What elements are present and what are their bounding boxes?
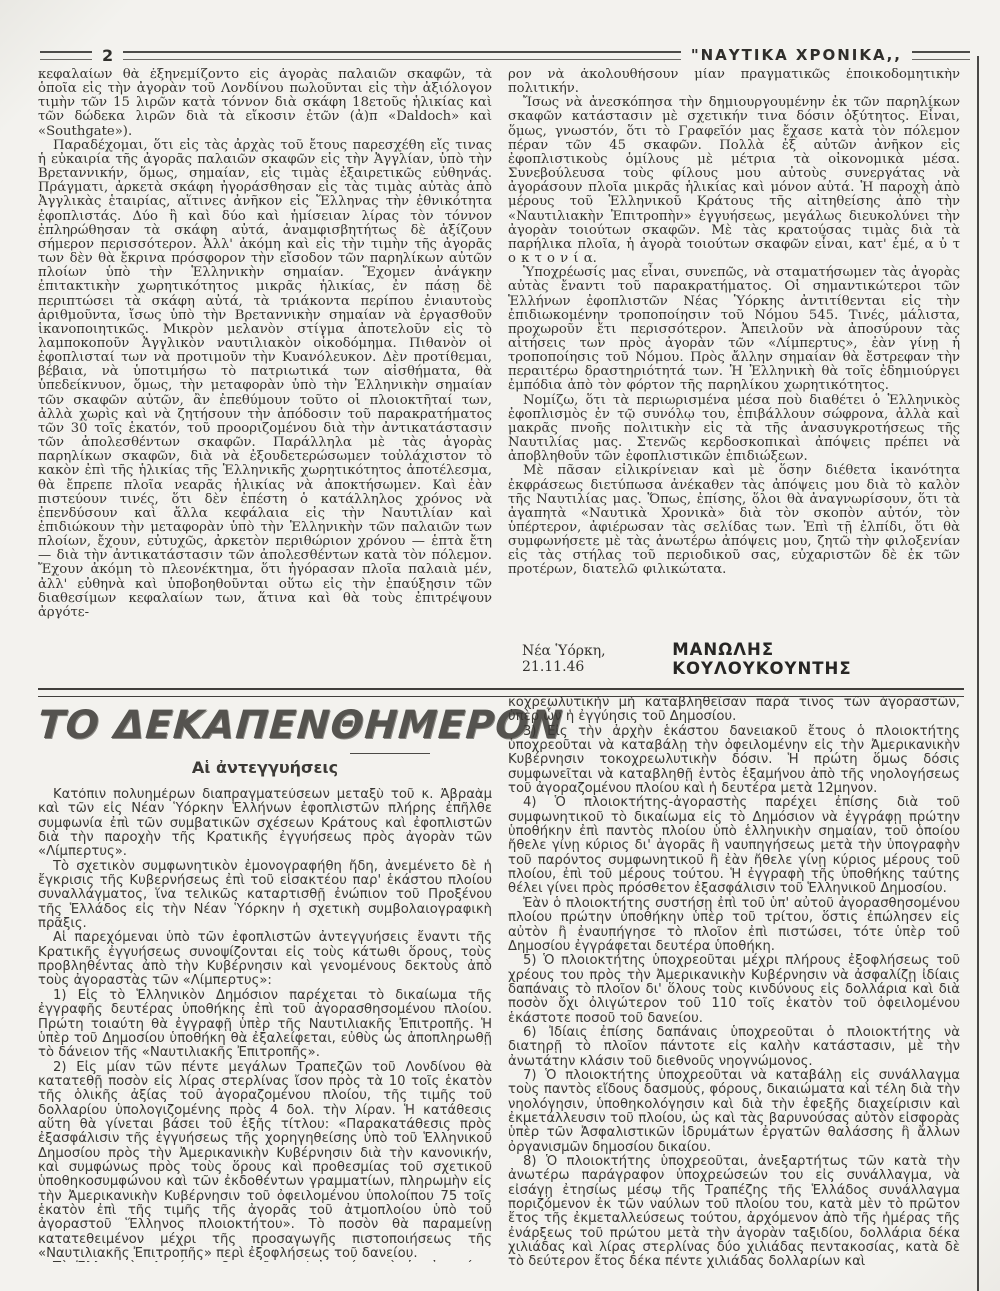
article2-headline: ΤΟ ΔΕΚΑΠΕΝΘΗΜΕΡΟΝ [36,703,493,748]
article2-right-column: κοχρεωλυτικὴν μὴ καταβληθεῖσαν παρά τινο… [508,696,960,1276]
article1-right-paragraph-2: Ὑποχρέωσίς μας εἶναι, συνεπῶς, νὰ σταματ… [508,266,960,393]
signature-row: Νέα Ὑόρκη, 21.11.46 ΜΑΝΩΛΗΣ ΚΟΥΛΟΥΚΟΥΝΤΗ… [508,640,960,664]
article2-right-paragraph-5: 6) Ἰδίαις ἐπίσης δαπάναις ὑποχρεοῦται ὁ … [508,1026,960,1069]
article1-right-paragraph-3: Νομίζω, ὅτι τὰ περιωρισμένα μέσα ποὺ δια… [508,394,960,465]
article1-right-paragraph-1: Ἴσως νὰ ἀνεσκόπησα τὴν δημιουργουμένην ἐ… [508,96,960,266]
article2-right-paragraph-6: 7) Ὁ πλοιοκτήτης ὑποχρεοῦται νὰ καταβάλῃ… [508,1069,960,1155]
article2-left-paragraph-0: Κατόπιν πολυημέρων διαπραγματεύσεων μετα… [38,788,492,860]
article2-right-paragraph-4: 5) Ὁ πλοιοκτήτης ὑποχρεοῦται μέχρι πλήρο… [508,954,960,1026]
article2-left-paragraph-2: Αἱ παρεχόμεναι ὑπὸ τῶν ἐφοπλιστῶν ἀντεγγ… [38,931,492,988]
article1-right-paragraph-0: ρον νὰ ἀκολουθήσουν μίαν πραγματικῶς ἐπο… [508,68,960,96]
page-header: 2 "ΝΑΥΤΙΚΑ ΧΡΟΝΙΚΑ,, [40,46,970,64]
article2-right-paragraph-1: 3) Εἰς τὴν ἀρχὴν ἑκάστου δανειακοῦ ἔτους… [508,725,960,797]
article2-right-paragraph-7: 8) Ὁ πλοιοκτήτης ὑποχρεοῦται, ἀνεξαρτήτω… [508,1155,960,1270]
header-rule-middle [123,51,681,60]
article2-left-paragraph-5: Τὸ Ἑλληνικὸν Δημόσιον δικαιοῦται ν' ἀποσ… [38,1261,492,1262]
article1-left-paragraph-1: Παραδέχομαι, ὅτι εἰς τὰς ἀρχὰς τοῦ ἔτους… [38,139,492,620]
article2-left-column: Κατόπιν πολυημέρων διαπραγματεύσεων μετα… [38,788,492,1262]
article1-left-column: κεφαλαίων θὰ ἐξηνεμίζοντο εἰς ἀγορὰς παλ… [38,68,492,686]
article2-right-paragraph-2: 4) Ὁ πλοιοκτήτης-ἀγοραστὴς παρέχει ἐπίση… [508,796,960,896]
article2-left-paragraph-4: 2) Εἰς μίαν τῶν πέντε μεγάλων Τραπεζῶν τ… [38,1061,492,1262]
article2-left-paragraph-1: Τὸ σχετικὸν συμφωνητικὸν ἐμονογραφήθη ἤδ… [38,860,492,932]
header-rule-right [912,51,970,60]
article1-right-paragraph-4: Μὲ πᾶσαν εἰλικρίνειαν καὶ μὲ ὅσην διέθετ… [508,464,960,577]
article2-right-paragraph-0: κοχρεωλυτικὴν μὴ καταβληθεῖσαν παρά τινο… [508,696,960,725]
headline-underline [350,753,430,754]
newspaper-page: 2 "ΝΑΥΤΙΚΑ ΧΡΟΝΙΚΑ,, κεφαλαίων θὰ ἐξηνεμ… [0,0,1000,1291]
article1-left-paragraph-0: κεφαλαίων θὰ ἐξηνεμίζοντο εἰς ἀγορὰς παλ… [38,68,492,139]
article2-right-paragraph-3: Ἐὰν ὁ πλοιοκτήτης συστήσῃ ἐπὶ τοῦ ὑπ' αὐ… [508,897,960,954]
masthead-title: "ΝΑΥΤΙΚΑ ΧΡΟΝΙΚΑ,, [691,46,902,64]
article2-subtitle: Αἱ ἀντεγγυήσεις [38,758,492,777]
dateline: Νέα Ὑόρκη, 21.11.46 [508,643,672,675]
header-rule-left [40,51,92,60]
scan-edge-line [977,56,979,1291]
page-number: 2 [102,46,113,65]
author-signature: ΜΑΝΩΛΗΣ ΚΟΥΛΟΥΚΟΥΝΤΗΣ [672,640,960,678]
article1-right-column: ρον νὰ ἀκολουθήσουν μίαν πραγματικῶς ἐπο… [508,68,960,686]
article2-left-paragraph-3: 1) Εἰς τὸ Ἑλληνικὸν Δημόσιον παρέχεται τ… [38,989,492,1061]
